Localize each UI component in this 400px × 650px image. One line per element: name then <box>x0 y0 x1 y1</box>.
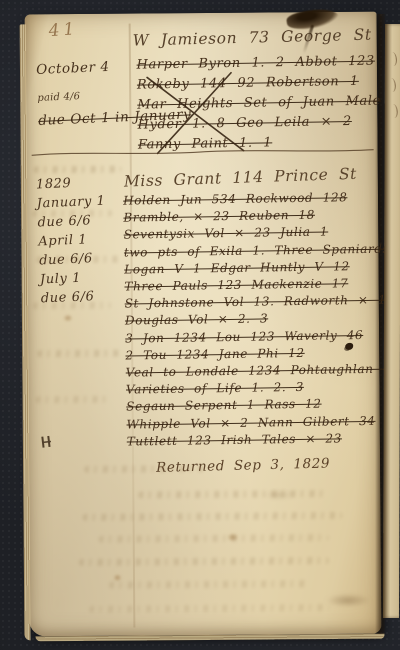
divider-rule <box>30 145 376 160</box>
date-column: 1829January 1due 6/6April 1due 6/6July 1… <box>36 173 110 309</box>
ledger-photo: { "document": { "page_number": "41", "se… <box>0 0 400 650</box>
facing-page-edge <box>383 24 400 618</box>
ledger-entry: Tuttlett 123 Irish Tales × 23 <box>127 429 397 450</box>
account-heading: Miss Grant 114 Prince St <box>124 165 358 191</box>
account-heading: W Jamieson 73 George St <box>133 26 372 50</box>
ledger-page: 41 W Jamieson 73 George St October 4paid… <box>25 12 382 637</box>
bottom-smudge <box>325 594 371 607</box>
foxing-spot <box>63 314 73 322</box>
entry-column: Holden Jun 534 Rockwood 128Bramble, × 23… <box>123 189 397 451</box>
page-number: 41 <box>48 19 79 41</box>
cross-out-x <box>143 71 248 156</box>
smudge-mark <box>41 436 51 448</box>
foxing-spot <box>113 574 122 582</box>
account-section-grant: Miss Grant 114 Prince St 1829January 1du… <box>26 160 378 163</box>
